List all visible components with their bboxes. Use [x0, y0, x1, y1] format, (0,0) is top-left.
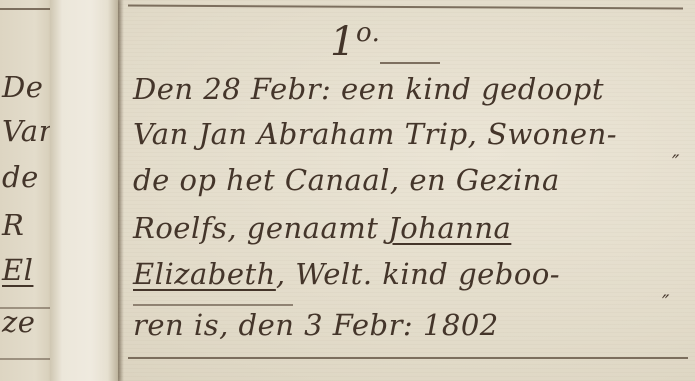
child-first-name: Johanna [388, 211, 511, 245]
adjacent-fragment: R [2, 208, 24, 242]
adjacent-fragment: El [2, 253, 33, 287]
ditto-mark: ″ [662, 290, 669, 314]
entry-number: 1o. [330, 18, 380, 65]
adjacent-page-edge: De Van de R El ze [0, 0, 50, 381]
record-line-5-text: , Welt. kind geboo- [276, 257, 560, 291]
record-line-3: de op het Canaal, en Gezina [133, 163, 560, 197]
ruled-line [0, 358, 50, 360]
adjacent-fragment: ze [2, 305, 35, 339]
underline-rule [133, 304, 293, 306]
register-page: De Van de R El ze 1o. Den 28 Febr: een k… [0, 0, 695, 381]
ruled-line [0, 307, 50, 309]
adjacent-fragment: de [2, 160, 39, 194]
record-line-5: Elizabeth, Welt. kind geboo- [133, 257, 560, 291]
adjacent-fragment: Van [2, 114, 50, 148]
ditto-mark: ″ [672, 150, 679, 174]
entry-number-suffix: o. [356, 18, 380, 48]
ruled-line [0, 8, 50, 10]
child-second-name: Elizabeth [133, 257, 276, 291]
entry-number-value: 1 [330, 19, 356, 65]
fold-shadow [118, 0, 124, 381]
top-rule [128, 5, 683, 9]
record-line-4: Roelfs, genaamt Johanna [133, 211, 511, 245]
record-line-6: ren is, den 3 Febr: 1802 [133, 308, 499, 342]
paper-fold-strip [50, 0, 118, 381]
adjacent-fragment: De [2, 70, 43, 104]
record-line-4-text: Roelfs, genaamt [133, 211, 388, 245]
entry-number-underline [380, 62, 440, 64]
bottom-rule [128, 357, 688, 359]
record-line-2: Van Jan Abraham Trip, Swonen- [133, 117, 617, 151]
record-line-1: Den 28 Febr: een kind gedoopt [133, 72, 604, 106]
